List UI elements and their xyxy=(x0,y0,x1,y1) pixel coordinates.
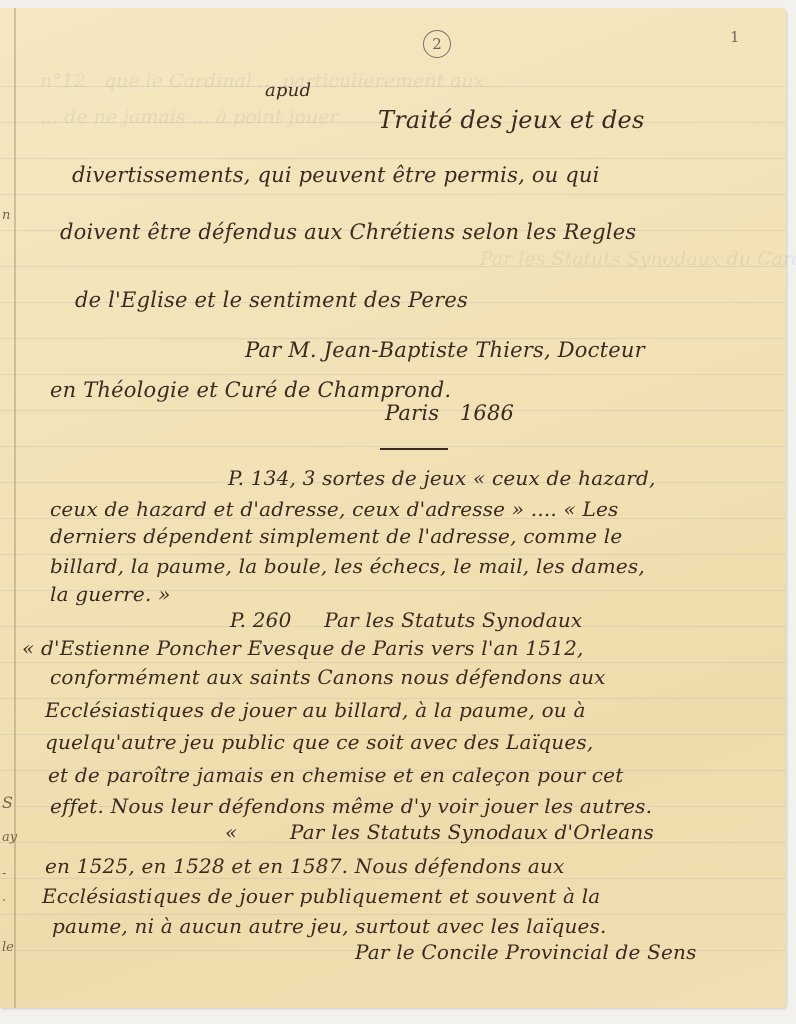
title-line-3: doivent être défendus aux Chrétiens selo… xyxy=(60,220,636,244)
body-line: P. 134, 3 sortes de jeux « ceux de hazar… xyxy=(228,466,656,490)
corner-page-number: 1 xyxy=(730,28,740,46)
title-line-4: de l'Eglise et le sentiment des Peres xyxy=(75,288,468,312)
ruled-line xyxy=(0,374,786,375)
body-line: billard, la paume, la boule, les échecs,… xyxy=(50,554,645,578)
body-line: « d'Estienne Poncher Evesque de Paris ve… xyxy=(22,636,584,660)
body-line: ceux de hazard et d'adresse, ceux d'adre… xyxy=(50,497,619,521)
body-line: conformément aux saints Canons nous défe… xyxy=(50,665,606,689)
body-line: et de paroître jamais en chemise et en c… xyxy=(48,763,623,787)
body-line: P. 260 Par les Statuts Synodaux xyxy=(230,608,582,632)
ruled-line xyxy=(0,446,786,447)
body-line: Par le Concile Provincial de Sens xyxy=(355,940,697,964)
author-line-1: Par M. Jean-Baptiste Thiers, Docteur xyxy=(245,338,645,362)
margin-fragment: ay xyxy=(2,830,17,845)
bleed-through-text: n°12 que le Cardinal ... particulieremen… xyxy=(40,70,484,92)
body-line: en 1525, en 1528 et en 1587. Nous défend… xyxy=(45,854,565,878)
body-line: paume, ni à aucun autre jeu, surtout ave… xyxy=(52,914,607,938)
margin-fragment: le xyxy=(2,940,14,955)
section-divider xyxy=(380,448,448,450)
bleed-through-text: Par les Statuts Synodaux du Cardinal de xyxy=(480,248,796,270)
ruled-line xyxy=(0,194,786,195)
title-line-2: divertissements, qui peuvent être permis… xyxy=(72,163,600,187)
ruled-line xyxy=(0,662,786,663)
margin-fragment: S xyxy=(2,793,13,812)
margin-fragment: n xyxy=(2,208,10,223)
body-line: la guerre. » xyxy=(50,582,171,606)
body-line: Ecclésiastiques de jouer au billard, à l… xyxy=(45,698,586,722)
title-line-1: Traité des jeux et des xyxy=(378,106,644,134)
body-line: quelqu'autre jeu public que ce soit avec… xyxy=(45,730,593,754)
body-line: effet. Nous leur défendons même d'y voir… xyxy=(50,794,652,818)
body-line: Ecclésiastiques de jouer publiquement et… xyxy=(42,884,600,908)
place-date: Paris 1686 xyxy=(385,401,514,425)
body-line: derniers dépendent simplement de l'adres… xyxy=(50,524,622,548)
ruled-line xyxy=(0,878,786,879)
bleed-through-text: ... de ne jamais ... à point jouer xyxy=(40,106,339,128)
circled-page-number: 2 xyxy=(423,30,451,58)
manuscript-page: n°12 que le Cardinal ... particulieremen… xyxy=(0,8,786,1008)
ruled-line xyxy=(0,158,786,159)
apud-label: apud xyxy=(265,80,311,101)
margin-fragment: . xyxy=(2,890,6,905)
author-line-2: en Théologie et Curé de Champrond. xyxy=(50,378,451,402)
body-line: « Par les Statuts Synodaux d'Orleans xyxy=(225,820,654,844)
margin-fragment: - xyxy=(2,866,6,881)
